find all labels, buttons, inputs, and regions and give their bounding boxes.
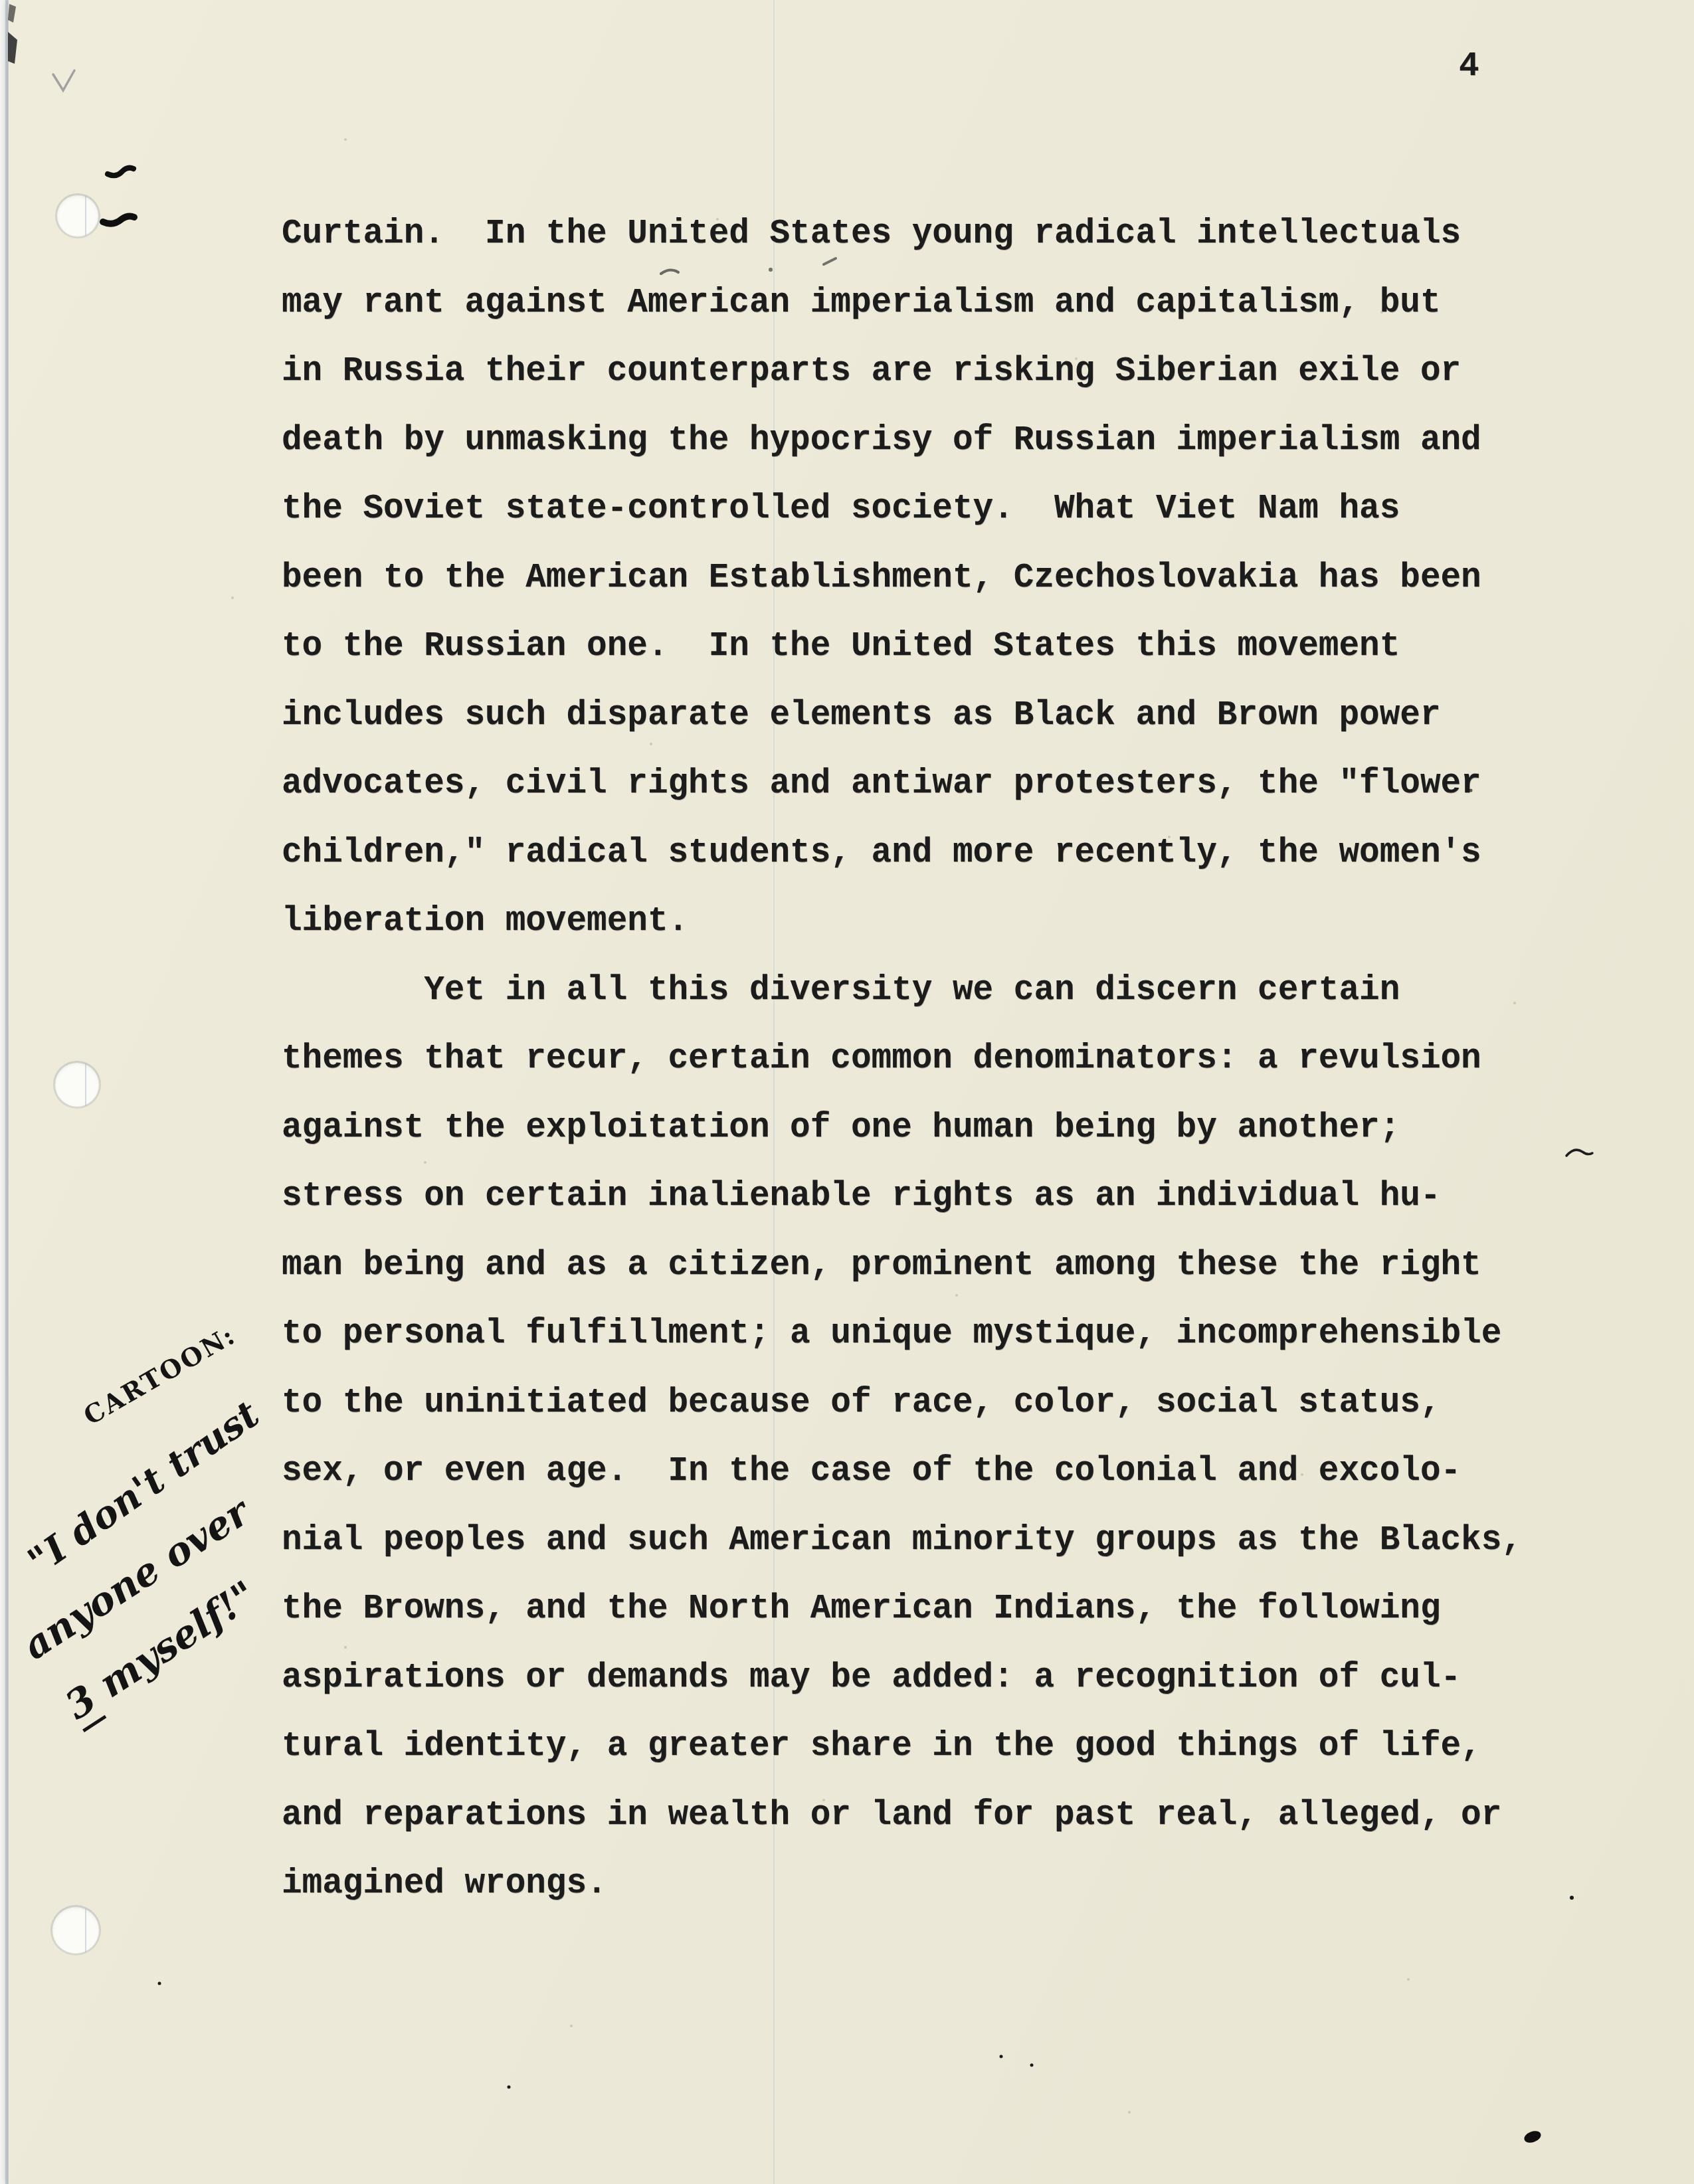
ink-dot [1570,1896,1574,1900]
scan-artifacts-overlay [0,0,1694,2184]
ink-smudge [661,270,678,274]
scanned-document-page: { "page": { "number": "4" }, "colors": {… [0,0,1694,2184]
edge-mark [8,4,16,23]
ink-blob [1523,2129,1543,2145]
ink-dot [1030,2064,1034,2067]
ink-smudge [103,217,134,224]
edge-mark [8,32,17,64]
ink-dot [508,2086,511,2089]
paper-flecks [231,138,1516,2114]
ink-dot [1000,2055,1003,2058]
ink-smudge [108,168,134,176]
pencil-check-mark [53,70,74,90]
ink-dot [158,1982,161,1985]
pen-squiggle [1566,1150,1592,1156]
ink-dot [1469,789,1473,792]
ink-smudge [824,258,836,264]
ink-dot [769,268,773,272]
